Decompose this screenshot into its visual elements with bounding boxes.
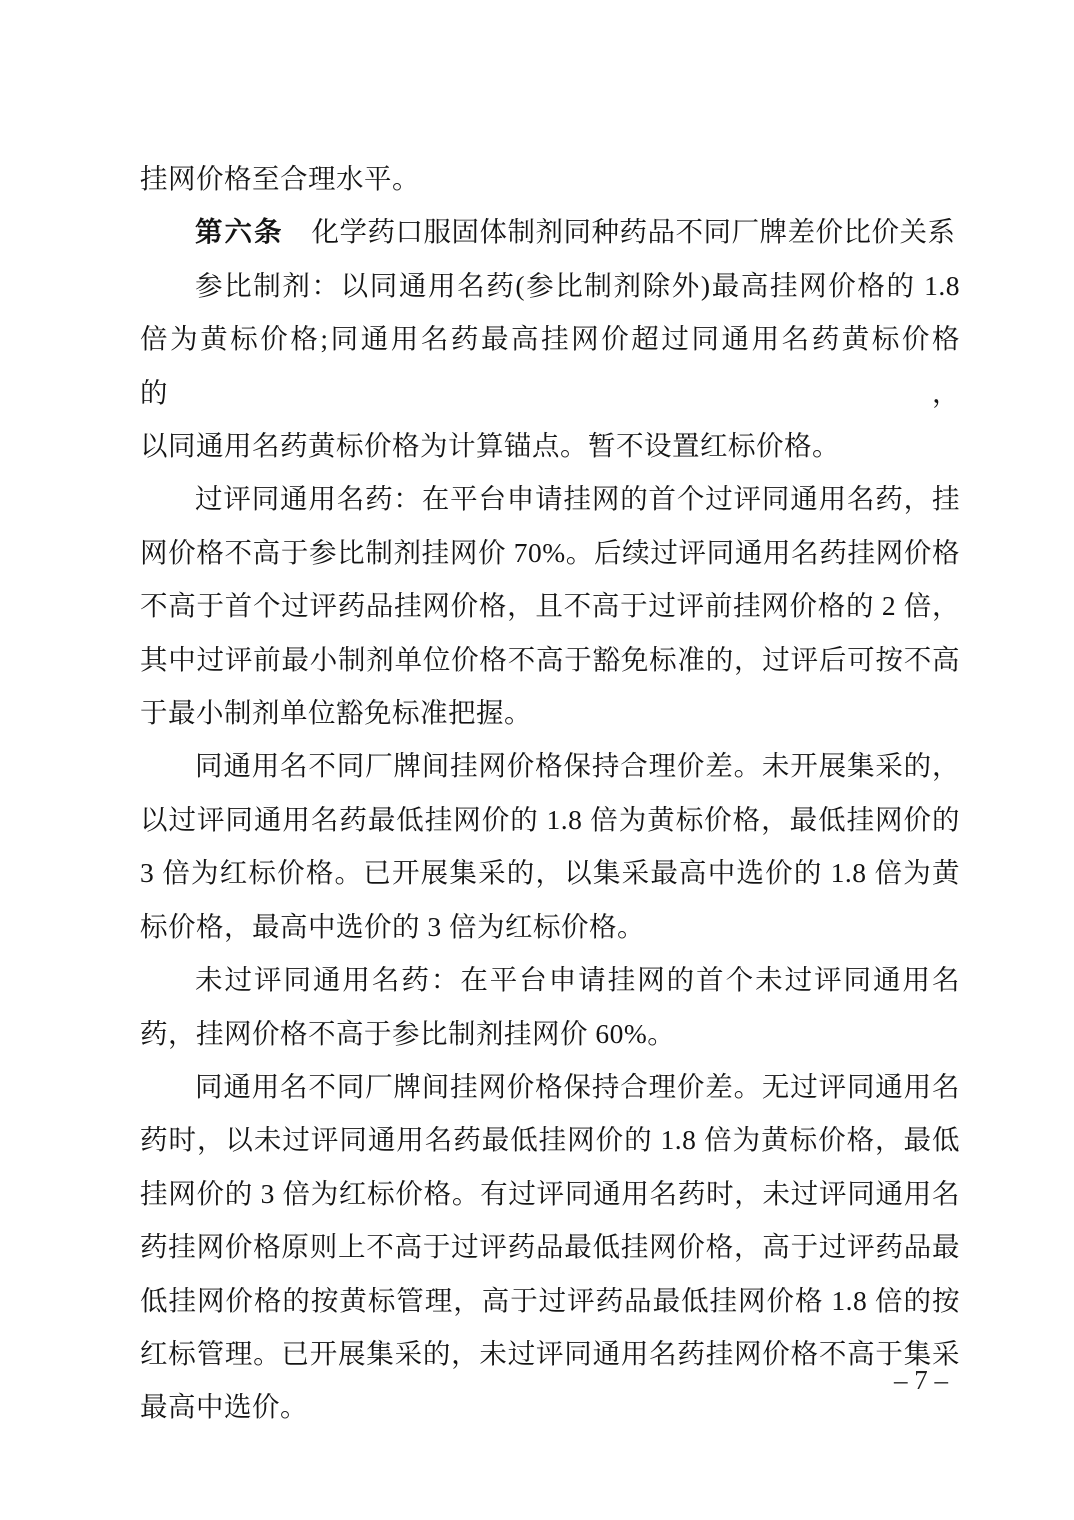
text-line: 3 倍为红标价格。已开展集采的，以集采最高中选价的 1.8 倍为黄: [140, 846, 960, 899]
text-line: 药时，以未过评同通用名药最低挂网价的 1.8 倍为黄标价格，最低: [140, 1113, 960, 1166]
text-line: 红标管理。已开展集采的，未过评同通用名药挂网价格不高于集采: [140, 1327, 960, 1380]
text-line: 第六条 化学药口服固体制剂同种药品不同厂牌差价比价关系: [140, 205, 960, 258]
text-line: 以同通用名药黄标价格为计算锚点。暂不设置红标价格。: [140, 419, 960, 472]
text-line-content: 不高于首个过评药品挂网价格，且不高于过评前挂网价格的 2 倍，: [140, 590, 960, 621]
text-line: 倍为黄标价格;同通用名药最高挂网价超过同通用名药黄标价格的，: [140, 312, 960, 419]
text-line-content: 网价格不高于参比制剂挂网价 70%。后续过评同通用名药挂网价格: [140, 537, 960, 568]
text-line-content: 倍为黄标价格;同通用名药最高挂网价超过同通用名药黄标价格的，: [140, 323, 960, 407]
text-line: 低挂网价格的按黄标管理，高于过评药品最低挂网价格 1.8 倍的按: [140, 1274, 960, 1327]
document-body: 挂网价格至合理水平。第六条 化学药口服固体制剂同种药品不同厂牌差价比价关系参比制…: [140, 152, 960, 1434]
text-line-content: 以同通用名药黄标价格为计算锚点。暂不设置红标价格。: [140, 430, 840, 461]
text-line-content: 同通用名不同厂牌间挂网价格保持合理价差。无过评同通用名: [195, 1071, 960, 1102]
text-line-content: 最高中选价。: [140, 1391, 308, 1422]
text-line-content: 挂网价的 3 倍为红标价格。有过评同通用名药时，未过评同通用名: [140, 1178, 960, 1209]
text-line-content: 过评同通用名药：在平台申请挂网的首个过评同通用名药，挂: [195, 483, 960, 514]
text-line: 挂网价格至合理水平。: [140, 152, 960, 205]
text-line: 网价格不高于参比制剂挂网价 70%。后续过评同通用名药挂网价格: [140, 526, 960, 579]
text-line: 未过评同通用名药：在平台申请挂网的首个未过评同通用名: [140, 953, 960, 1006]
text-line-content: 未过评同通用名药：在平台申请挂网的首个未过评同通用名: [195, 964, 960, 995]
text-line: 参比制剂：以同通用名药(参比制剂除外)最高挂网价格的 1.8: [140, 259, 960, 312]
text-line: 药挂网价格原则上不高于过评药品最低挂网价格，高于过评药品最: [140, 1220, 960, 1273]
text-line-content: 其中过评前最小制剂单位价格不高于豁免标准的，过评后可按不高: [140, 644, 960, 675]
text-line-content: 低挂网价格的按黄标管理，高于过评药品最低挂网价格 1.8 倍的按: [140, 1285, 960, 1316]
text-line: 以过评同通用名药最低挂网价的 1.8 倍为黄标价格，最低挂网价的: [140, 793, 960, 846]
page-number: – 7 –: [894, 1360, 948, 1400]
text-line-content: 同通用名不同厂牌间挂网价格保持合理价差。未开展集采的，: [195, 750, 960, 781]
text-line-content: 红标管理。已开展集采的，未过评同通用名药挂网价格不高于集采: [140, 1338, 960, 1369]
text-line-content: 3 倍为红标价格。已开展集采的，以集采最高中选价的 1.8 倍为黄: [140, 857, 960, 888]
text-line: 其中过评前最小制剂单位价格不高于豁免标准的，过评后可按不高: [140, 633, 960, 686]
text-line-content: 化学药口服固体制剂同种药品不同厂牌差价比价关系: [284, 216, 956, 247]
text-line-content: 药时，以未过评同通用名药最低挂网价的 1.8 倍为黄标价格，最低: [140, 1124, 960, 1155]
text-line: 同通用名不同厂牌间挂网价格保持合理价差。未开展集采的，: [140, 739, 960, 792]
text-line: 标价格，最高中选价的 3 倍为红标价格。: [140, 900, 960, 953]
text-line-content: 挂网价格至合理水平。: [140, 163, 420, 194]
text-line-content: 药挂网价格原则上不高于过评药品最低挂网价格，高于过评药品最: [140, 1231, 960, 1262]
text-line-content: 药，挂网价格不高于参比制剂挂网价 60%。: [140, 1018, 675, 1049]
text-line: 最高中选价。: [140, 1380, 960, 1433]
text-line-content: 于最小制剂单位豁免标准把握。: [140, 697, 532, 728]
document-page: 挂网价格至合理水平。第六条 化学药口服固体制剂同种药品不同厂牌差价比价关系参比制…: [0, 0, 1074, 1520]
text-line-content: 标价格，最高中选价的 3 倍为红标价格。: [140, 911, 645, 942]
text-line: 于最小制剂单位豁免标准把握。: [140, 686, 960, 739]
text-line-content: 参比制剂：以同通用名药(参比制剂除外)最高挂网价格的 1.8: [195, 270, 960, 301]
text-line: 不高于首个过评药品挂网价格，且不高于过评前挂网价格的 2 倍，: [140, 579, 960, 632]
text-line: 挂网价的 3 倍为红标价格。有过评同通用名药时，未过评同通用名: [140, 1167, 960, 1220]
text-line: 药，挂网价格不高于参比制剂挂网价 60%。: [140, 1007, 960, 1060]
text-line-content: 以过评同通用名药最低挂网价的 1.8 倍为黄标价格，最低挂网价的: [140, 804, 960, 835]
article-heading-number: 第六条: [195, 216, 284, 247]
text-line: 过评同通用名药：在平台申请挂网的首个过评同通用名药，挂: [140, 472, 960, 525]
text-line: 同通用名不同厂牌间挂网价格保持合理价差。无过评同通用名: [140, 1060, 960, 1113]
